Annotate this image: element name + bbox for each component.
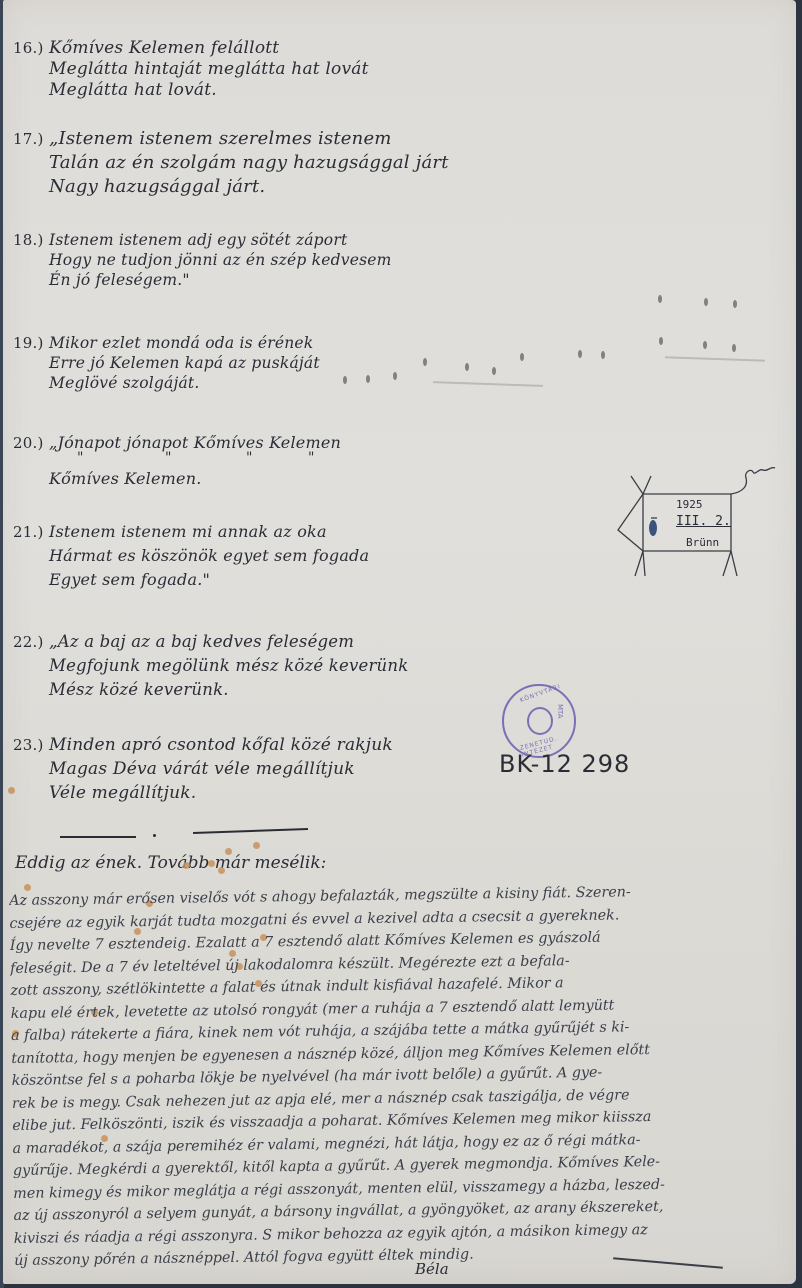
verse-number: 19.) xyxy=(13,333,49,353)
verse-18: 18.)Istenem istenem adj egy sötét záport… xyxy=(13,230,392,290)
prose-narrative: Az asszony már erősen viselős vót s ahog… xyxy=(9,879,802,1272)
verse-line: Meglátta hat lovát. xyxy=(13,80,369,101)
verse-line: „Jónapot jónapot Kőmíves Kelemen xyxy=(49,433,341,452)
verse-21: 21.)Istenem istenem mi annak az oka Hárm… xyxy=(13,520,369,592)
verse-line: Egyet sem fogada." xyxy=(13,568,369,592)
drawing-place: Brünn xyxy=(686,536,719,549)
verse-line: Erre jó Kelemen kapá az puskáját xyxy=(13,353,320,373)
verse-16: 16.)Kőmíves Kelemen felállott Meglátta h… xyxy=(13,38,369,101)
verse-line: Nagy hazugsággal járt. xyxy=(13,175,449,199)
verse-line: „Istenem istenem szerelmes istenem xyxy=(49,128,392,149)
drawing-date-day: III. 2. xyxy=(676,514,731,529)
verse-number: 17.) xyxy=(13,127,49,151)
separator-rule xyxy=(193,828,308,834)
pig-drawing: 1925 III. 2. Brünn xyxy=(613,458,783,592)
manuscript-page: 16.)Kőmíves Kelemen felállott Meglátta h… xyxy=(3,0,796,1284)
verse-17: 17.)„Istenem istenem szerelmes istenem T… xyxy=(13,127,449,199)
ditto-mark: " xyxy=(165,450,171,466)
verse-line: Kőmíves Kelemen felállott xyxy=(49,38,279,58)
verse-line: Istenem istenem adj egy sötét záport xyxy=(49,231,347,249)
verse-line: „Az a baj az a baj kedves feleségem xyxy=(49,632,354,651)
separator-dot xyxy=(153,834,156,837)
verse-20: 20.)„Jónapot jónapot Kőmíves Kelemen Kőm… xyxy=(13,425,341,497)
verse-number: 23.) xyxy=(13,733,49,757)
verse-line: Hogy ne tudjon jönni az én szép kedvesem xyxy=(13,250,392,270)
verse-number: 20.) xyxy=(13,425,49,461)
verse-19: 19.)Mikor ezlet mondá oda is érének Erre… xyxy=(13,333,320,393)
verse-line: Talán az én szolgám nagy hazugsággal jár… xyxy=(13,151,449,175)
verse-line: Megfojunk megölünk mész közé keverünk xyxy=(13,654,408,678)
verse-line: Meglátta hintaját meglátta hat lovát xyxy=(13,59,369,80)
verse-line: Mész közé keverünk. xyxy=(13,678,408,702)
stamp-emblem-icon xyxy=(527,707,553,735)
verse-line: Meglövé szolgáját. xyxy=(13,373,320,393)
verse-number: 22.) xyxy=(13,630,49,654)
verse-line: Magas Déva várát véle megállítjuk xyxy=(13,757,393,781)
shelfmark: BK-12 298 xyxy=(499,750,630,778)
verse-number: 16.) xyxy=(13,38,49,59)
drawing-date-year: 1925 xyxy=(676,498,703,511)
verse-line: Mikor ezlet mondá oda is érének xyxy=(49,334,313,352)
signature: Béla xyxy=(415,1260,449,1278)
verse-22: 22.)„Az a baj az a baj kedves feleségem … xyxy=(13,630,408,702)
library-stamp: KÖNYVTÁRI MTA ZENETUD. INTÉZET xyxy=(502,684,576,758)
stamp-top-text: KÖNYVTÁRI xyxy=(519,683,562,704)
verse-line: Hármat es köszönök egyet sem fogada xyxy=(13,544,369,568)
ditto-mark: " xyxy=(77,450,83,466)
separator-rule xyxy=(60,836,136,838)
verse-line: Véle megállítjuk. xyxy=(13,781,393,805)
verse-line: Istenem istenem mi annak az oka xyxy=(49,522,327,541)
verse-23: 23.)Minden apró csontod kőfal közé rakju… xyxy=(13,733,393,805)
ditto-mark: " xyxy=(246,450,252,466)
verse-line: Én jó feleségem." xyxy=(13,270,392,290)
prose-heading: Eddig az ének. Tovább már mesélik: xyxy=(15,853,326,873)
verse-line: Kőmíves Kelemen. xyxy=(13,461,341,497)
verse-number: 21.) xyxy=(13,520,49,544)
ditto-mark: " xyxy=(308,450,314,466)
verse-number: 18.) xyxy=(13,230,49,250)
verse-line: Minden apró csontod kőfal közé rakjuk xyxy=(49,735,393,755)
stamp-right-text: MTA xyxy=(556,704,564,719)
